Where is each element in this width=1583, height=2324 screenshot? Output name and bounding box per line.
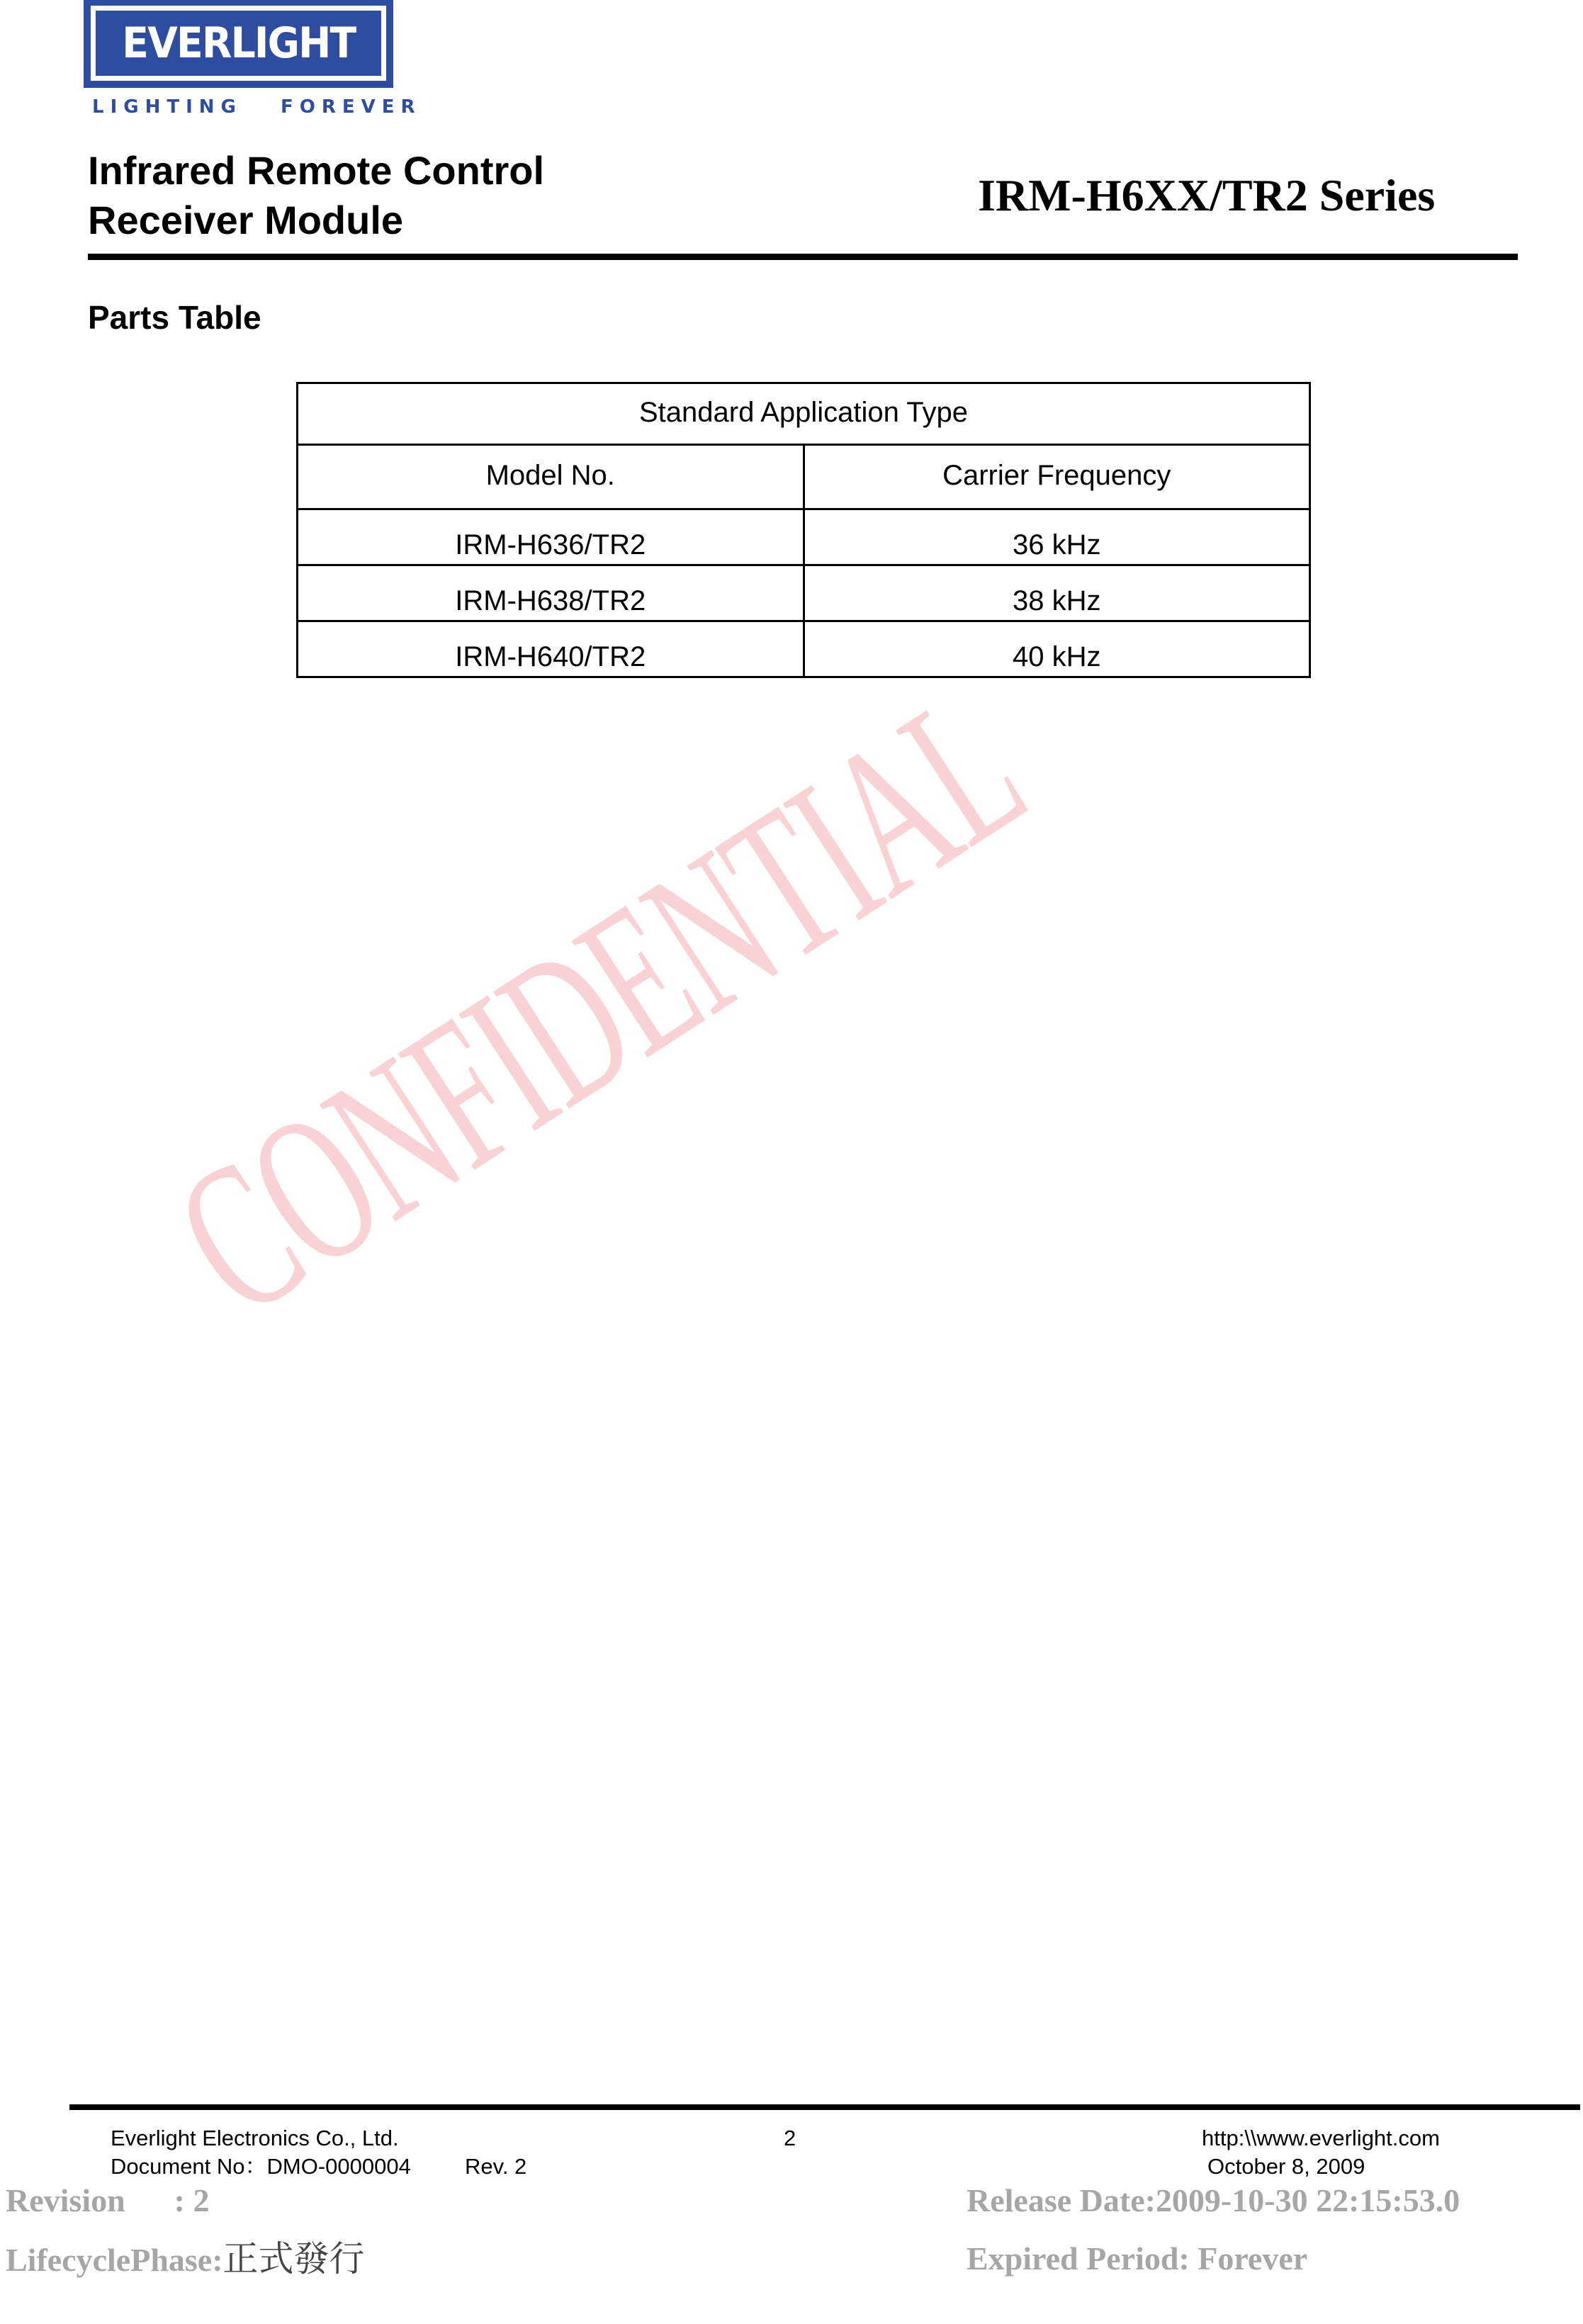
- footer-url: http:\\www.everlight.com: [1202, 2124, 1440, 2153]
- section-heading: Parts Table: [88, 296, 261, 339]
- cell-frequency: 36 kHz: [804, 509, 1310, 565]
- series-title: IRM-H6XX/TR2 Series: [978, 167, 1460, 224]
- table-caption-row: Standard Application Type: [298, 383, 1310, 445]
- footer-divider: [69, 2104, 1580, 2110]
- logo-frame: EVERLIGHT: [91, 6, 386, 81]
- table-row: IRM-H638/TR2 38 kHz: [298, 565, 1310, 621]
- footer-revision: Rev. 2: [465, 2153, 526, 2181]
- cell-frequency: 38 kHz: [804, 565, 1310, 621]
- stamp-expired-period: Expired Period: Forever: [967, 2239, 1307, 2279]
- table-row: IRM-H640/TR2 40 kHz: [298, 621, 1310, 677]
- document-title-line2: Receiver Module: [88, 196, 544, 245]
- footer-company: Everlight Electronics Co., Ltd.: [111, 2124, 399, 2153]
- document-title: Infrared Remote Control Receiver Module: [88, 146, 544, 245]
- document-title-line1: Infrared Remote Control: [88, 146, 544, 196]
- table-caption: Standard Application Type: [298, 383, 1310, 445]
- logo-tagline: LIGHTING FOREVER: [92, 96, 390, 118]
- footer-date: October 8, 2009: [1207, 2153, 1365, 2181]
- confidential-watermark: CONFIDENTIAL: [136, 644, 1062, 1364]
- table-header-row: Model No. Carrier Frequency: [298, 445, 1310, 509]
- column-header-frequency: Carrier Frequency: [804, 445, 1310, 509]
- cell-frequency: 40 kHz: [804, 621, 1310, 677]
- column-header-model: Model No.: [298, 445, 804, 509]
- stamp-lifecycle-label: LifecyclePhase:: [6, 2242, 223, 2278]
- cell-model: IRM-H636/TR2: [298, 509, 804, 565]
- page-number: 2: [784, 2124, 796, 2153]
- cell-model: IRM-H638/TR2: [298, 565, 804, 621]
- everlight-logo: EVERLIGHT: [84, 0, 393, 88]
- cell-model: IRM-H640/TR2: [298, 621, 804, 677]
- stamp-release-date: Release Date:2009-10-30 22:15:53.0: [967, 2181, 1460, 2221]
- stamp-lifecycle: LifecyclePhase:正式發行: [6, 2239, 365, 2280]
- parts-table: Standard Application Type Model No. Carr…: [296, 382, 1311, 678]
- logo-wordmark: EVERLIGHT: [122, 18, 355, 68]
- stamp-lifecycle-value: 正式發行: [223, 2238, 365, 2279]
- stamp-revision: Revision : 2: [6, 2181, 210, 2221]
- header-divider: [88, 254, 1518, 260]
- table-row: IRM-H636/TR2 36 kHz: [298, 509, 1310, 565]
- footer-document-number: Document No：DMO-0000004: [111, 2153, 411, 2181]
